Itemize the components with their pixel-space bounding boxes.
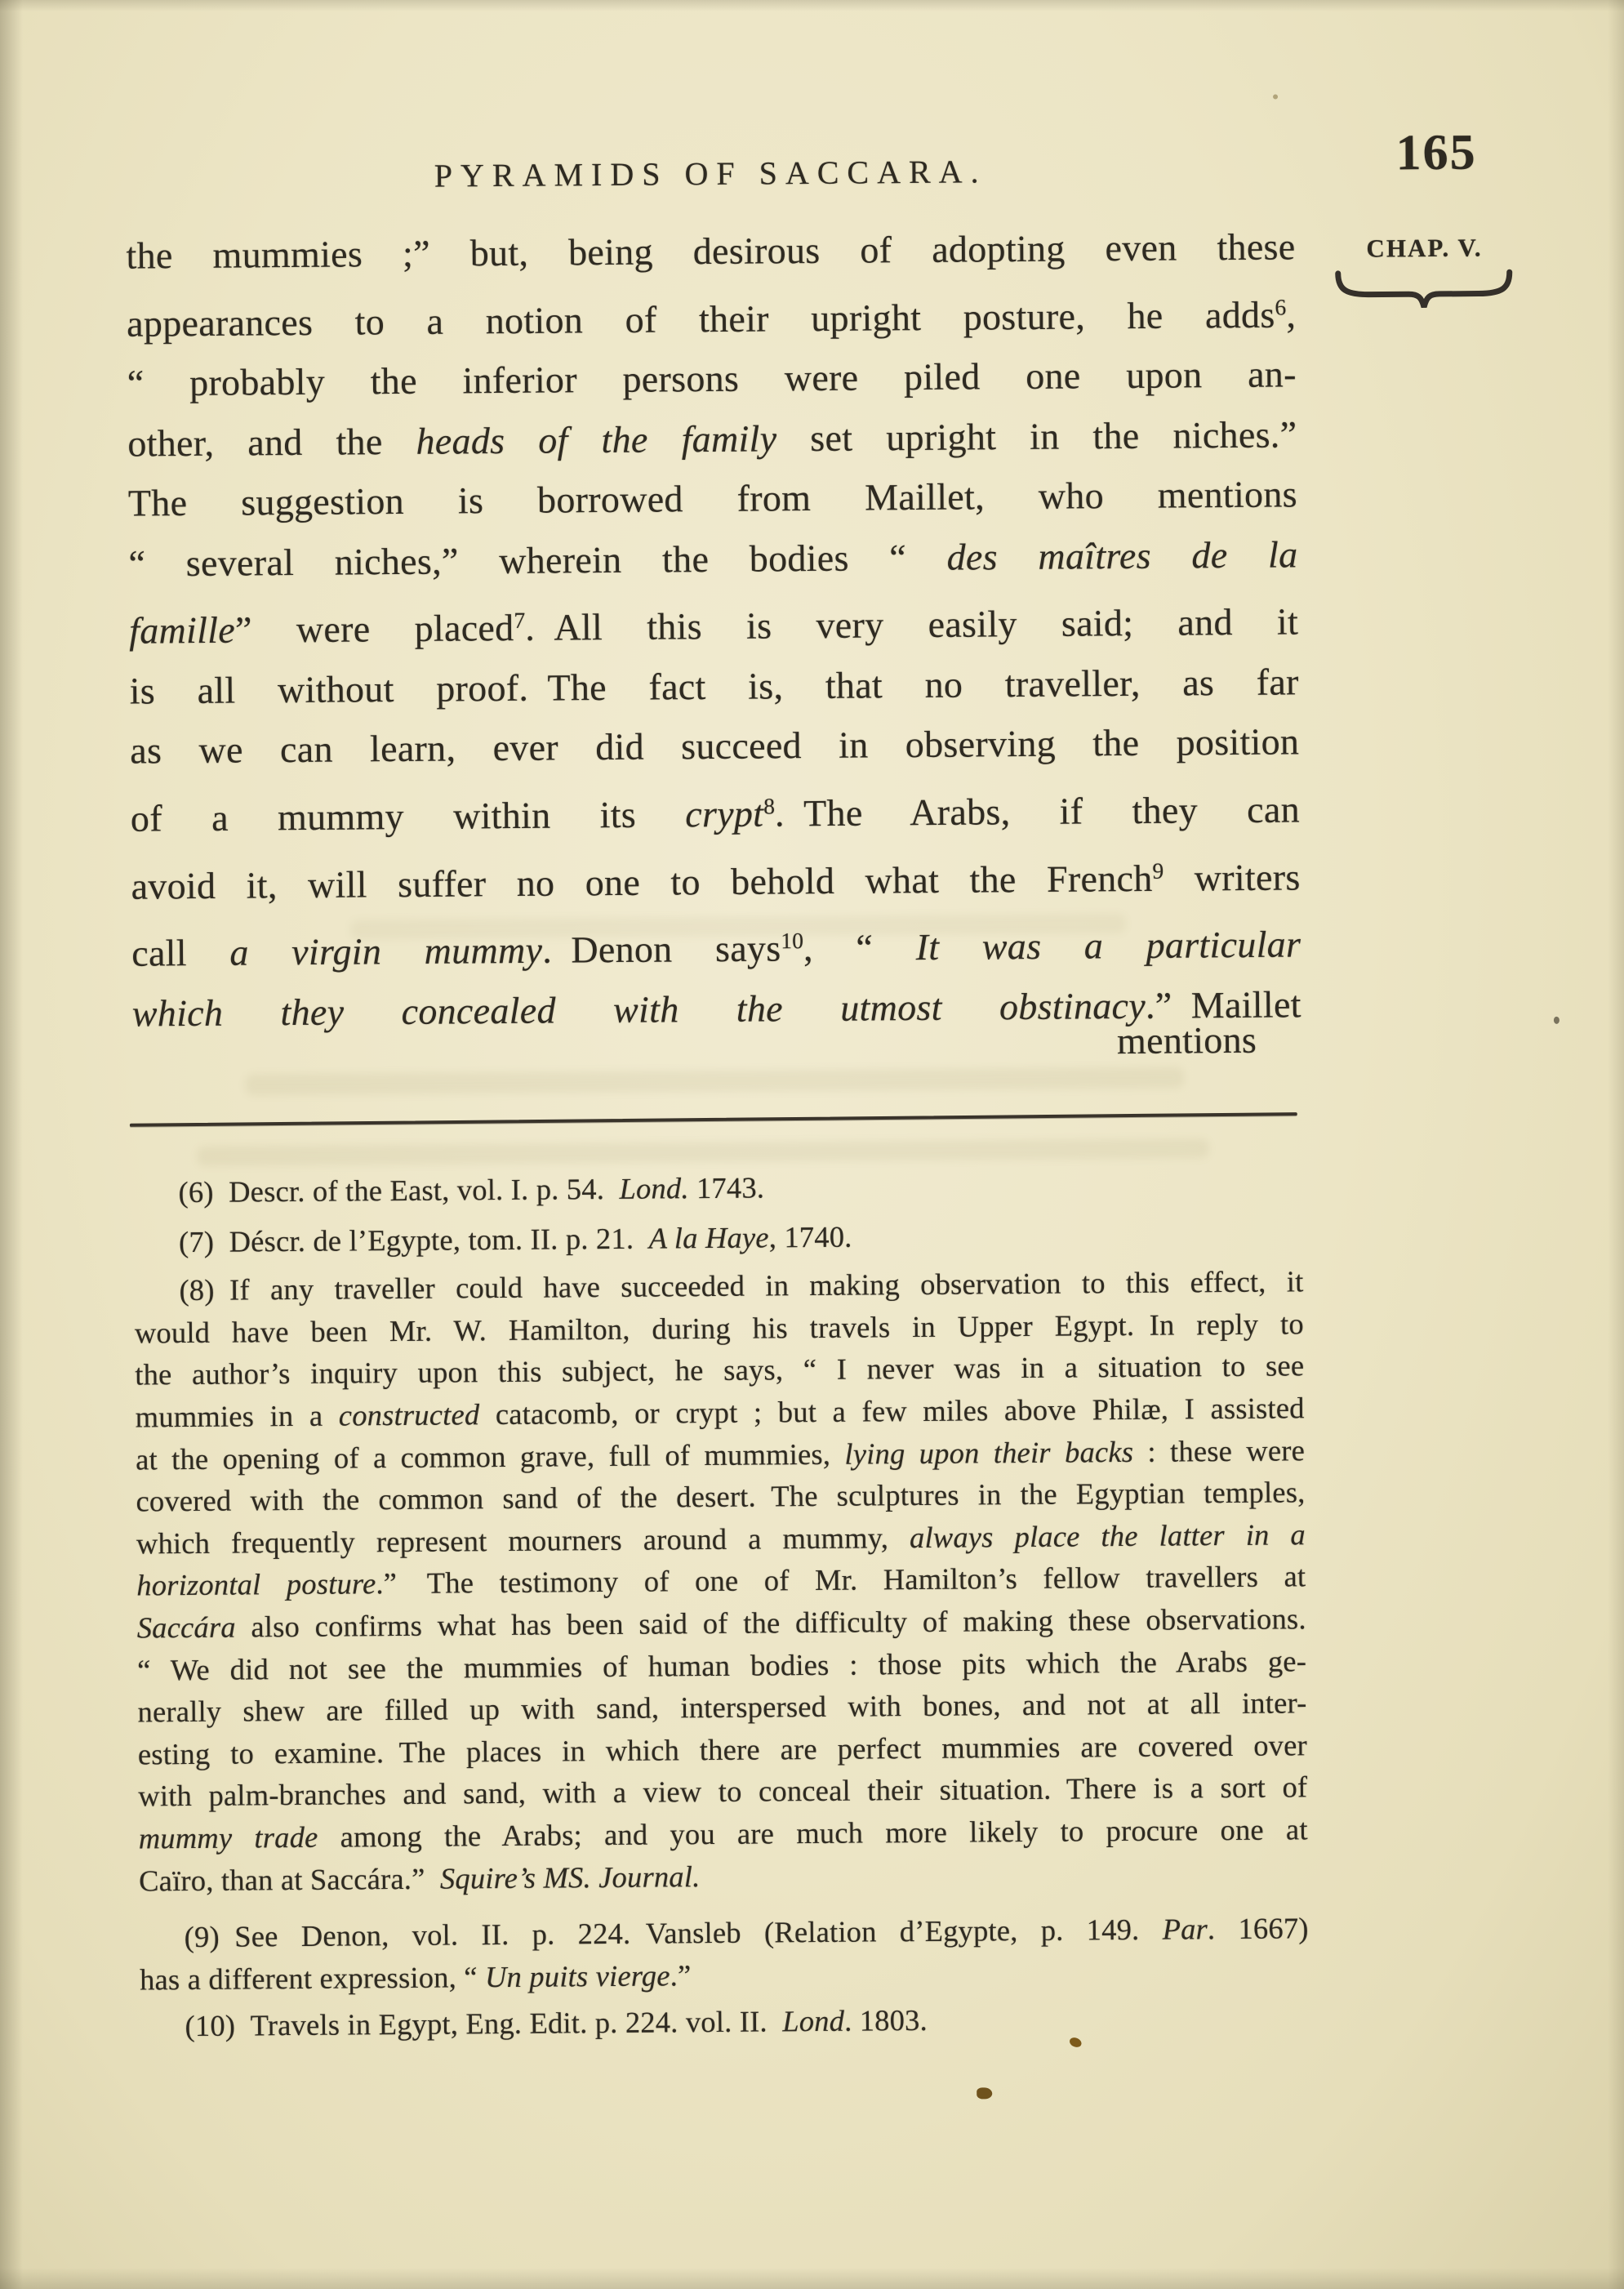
text-segment: with palm-branches and sand, with a view…: [138, 1770, 1307, 1813]
text-segment: among the Arabs; and you are much more l…: [318, 1812, 1308, 1854]
footnote-divider: [130, 1112, 1297, 1127]
text-segment: Caïro, than at Saccára.”: [139, 1861, 440, 1897]
text-segment: mummies in a: [136, 1399, 339, 1434]
text-segment: horizontal posture: [136, 1567, 376, 1602]
running-header-title: PYRAMIDS OF SACCARA.: [434, 152, 987, 194]
text-segment: covered with the common sand of the dese…: [136, 1475, 1305, 1517]
text-segment: Lond.: [619, 1171, 689, 1205]
text-segment: 1743.: [689, 1170, 765, 1205]
text-segment: Squire’s MS. Journal.: [440, 1859, 701, 1895]
text-segment: A la Haye: [648, 1220, 768, 1254]
footnote-6: (6) Descr. of the East, vol. I. p. 54. L…: [133, 1162, 1302, 1214]
book-page: PYRAMIDS OF SACCARA. 165 CHAP. V. the mu…: [0, 0, 1624, 2289]
text-segment: Saccára: [137, 1610, 236, 1645]
text-segment: catacomb, or crypt ; but a few miles abo…: [479, 1391, 1305, 1431]
text-segment: has a different expression, “: [140, 1960, 485, 1996]
text-segment: (9) See Denon, vol. II. p. 224. Vansleb …: [185, 1913, 1163, 1953]
text-line: (6) Descr. of the East, vol. I. p. 54. L…: [133, 1162, 1302, 1214]
text-segment: (8) If any traveller could have succeede…: [179, 1264, 1303, 1307]
text-segment: (10) Travels in Egypt, Eng. Edit. p. 224…: [185, 2005, 782, 2043]
text-segment: Lond: [782, 2004, 844, 2038]
margin-chapter-note: CHAP. V.: [1334, 233, 1514, 264]
text-segment: “ We did not see the mummies of human bo…: [137, 1644, 1306, 1686]
text-line: (10) Travels in Egypt, Eng. Edit. p. 224…: [140, 1997, 1309, 2048]
text-segment: would have been Mr. W. Hamilton, during …: [135, 1307, 1304, 1349]
page-content: PYRAMIDS OF SACCARA. 165 CHAP. V. the mu…: [0, 0, 1624, 2289]
footnote-8: (8) If any traveller could have succeede…: [134, 1260, 1308, 1901]
paper-speck: [977, 2087, 992, 2099]
text-segment: (6) Descr. of the East, vol. I. p. 54.: [178, 1172, 619, 1209]
curly-brace-icon: [1330, 264, 1518, 318]
footnote-10: (10) Travels in Egypt, Eng. Edit. p. 224…: [140, 1997, 1309, 2048]
text-segment: constructed: [339, 1397, 480, 1432]
text-segment: (7) Déscr. de l’Egypte, tom. II. p. 21.: [179, 1221, 649, 1258]
text-segment: lying upon their backs: [844, 1434, 1133, 1470]
catchword: mentions: [132, 1009, 1302, 1079]
text-segment: also confirms what has been said of the …: [236, 1601, 1306, 1643]
text-segment: Par: [1162, 1912, 1208, 1945]
text-segment: , 1740.: [769, 1219, 852, 1254]
text-segment: nerally shew are filled up with sand, in…: [137, 1686, 1306, 1728]
text-segment: Un puits vierge: [485, 1958, 670, 1993]
text-segment: which frequently represent mourners arou…: [136, 1521, 910, 1560]
footnote-9: (9) See Denon, vol. II. p. 224. Vansleb …: [139, 1907, 1309, 2000]
text-segment: at the opening of a common grave, full o…: [136, 1436, 845, 1476]
text-segment: esting to examine. The places in which t…: [138, 1728, 1307, 1770]
footnotes-section: (6) Descr. of the East, vol. I. p. 54. L…: [133, 1162, 1309, 2047]
text-segment: the author’s inquiry upon this subject, …: [135, 1349, 1304, 1392]
text-segment: . 1803.: [844, 2003, 928, 2037]
page-number: 165: [1395, 124, 1477, 183]
text-line: has a different expression, “ Un puits v…: [140, 1949, 1309, 2001]
text-segment: .” The testimony of one of Mr. Hamilton’…: [376, 1560, 1306, 1601]
catchword-wrap: mentions: [126, 216, 1301, 1079]
text-segment: .”: [670, 1958, 692, 1992]
text-line: Caïro, than at Saccára.” Squire’s MS. Jo…: [139, 1850, 1308, 1902]
show-through-text-smudge: [197, 1138, 1209, 1166]
text-segment: mummy trade: [139, 1820, 318, 1855]
text-segment: always place the latter in a: [910, 1517, 1306, 1554]
footnote-7: (7) Déscr. de l’Egypte, tom. II. p. 21. …: [134, 1212, 1303, 1263]
text-line: (7) Déscr. de l’Egypte, tom. II. p. 21. …: [134, 1212, 1303, 1263]
paper-speck: [1273, 94, 1278, 99]
text-segment: : these were: [1133, 1433, 1305, 1468]
text-segment: . 1667): [1208, 1911, 1309, 1945]
paper-speck: [1554, 1017, 1559, 1024]
